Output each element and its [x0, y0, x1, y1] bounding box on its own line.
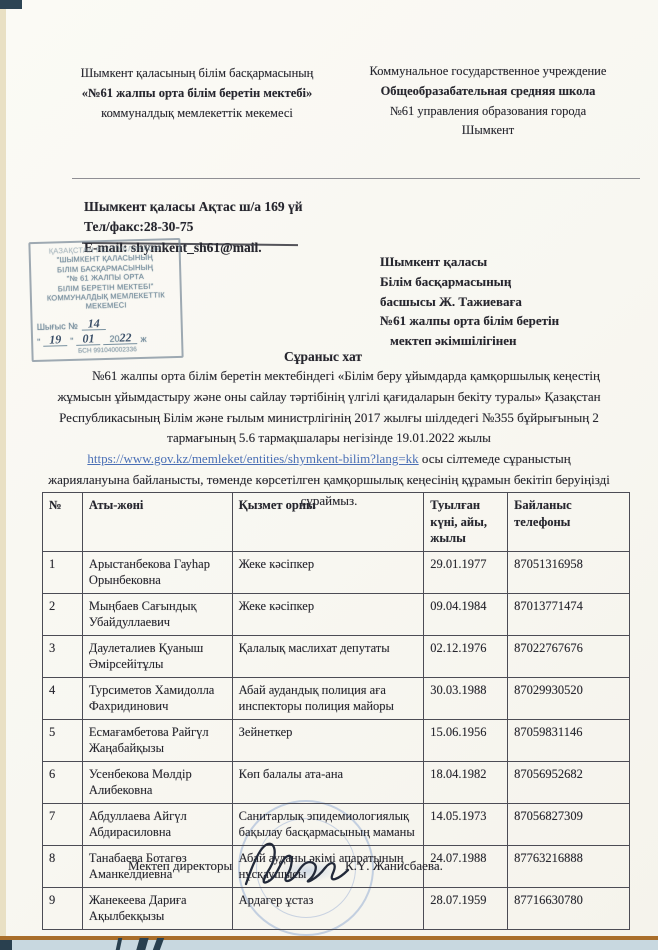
scanned-letter-photo: Шымкент қаласының білім басқармасының «№…: [0, 0, 658, 950]
table-cell: 87022767676: [508, 635, 630, 677]
table-cell: Турсиметов Хамидолла Фахридинович: [82, 677, 232, 719]
table-cell: 87056952682: [508, 761, 630, 803]
table-cell: Жеке кәсіпкер: [232, 551, 424, 593]
photo-corner-artifact: [0, 0, 22, 9]
table-cell: 87059831146: [508, 719, 630, 761]
table-row: 1Арыстанбекова Гауһар ОрынбековнаЖеке кә…: [43, 551, 630, 593]
col-header-occupation: Қызмет орны: [232, 493, 424, 552]
date-year-handwritten: 22: [119, 330, 131, 344]
table-cell: 9: [43, 887, 83, 929]
body-text-part1: №61 жалпы орта білім беретін мектебіндег…: [57, 368, 600, 445]
letterhead-line: Шымкент қаласының білім басқармасының: [58, 64, 336, 84]
table-cell: 3: [43, 635, 83, 677]
letterhead-line: Коммунальное государственное учреждение: [342, 62, 634, 82]
col-header-name: Аты-жөні: [82, 493, 232, 552]
table-cell: 87716630780: [508, 887, 630, 929]
table-cell: 14.05.1973: [424, 803, 508, 845]
table-cell: 87051316958: [508, 551, 630, 593]
sender-address: Шымкент қаласы Ақтас ш/а 169 үй: [84, 197, 303, 217]
table-cell: 28.07.1959: [424, 887, 508, 929]
recipient-line: мектеп әкімшілігінен: [390, 331, 559, 351]
table-cell: Арыстанбекова Гауһар Орынбековна: [82, 551, 232, 593]
letterhead-line: коммуналдық мемлекеттік мекемесі: [58, 104, 336, 124]
table-cell: Даулеталиев Қуаныш Әмірсейітұлы: [82, 635, 232, 677]
letterhead-russian: Коммунальное государственное учреждение …: [342, 62, 634, 141]
table-row: 2Мыңбаев Сағындық УбайдуллаевичЖеке кәсі…: [43, 593, 630, 635]
table-cell: 02.12.1976: [424, 635, 508, 677]
table-cell: 09.04.1984: [424, 593, 508, 635]
table-row: 5Есмағамбетова Райгүл ЖаңабайқызыЗейнетк…: [43, 719, 630, 761]
table-cell: Жеке кәсіпкер: [232, 593, 424, 635]
table-cell: 87056827309: [508, 803, 630, 845]
signature-label: Мектеп директоры: [128, 858, 232, 874]
date-suffix: ж: [140, 334, 146, 344]
table-cell: Есмағамбетова Райгүл Жаңабайқызы: [82, 719, 232, 761]
table-cell: Мыңбаев Сағындық Убайдуллаевич: [82, 593, 232, 635]
recipient-line: басшысы Ж. Тажиеваға: [380, 292, 559, 312]
date-day-handwritten: 19: [43, 333, 67, 347]
col-header-phone: Байланыс телефоны: [508, 493, 630, 552]
table-cell: Көп балалы ата-ана: [232, 761, 424, 803]
letterhead-kazakh: Шымкент қаласының білім басқармасының «№…: [58, 64, 336, 123]
table-cell: 18.04.1982: [424, 761, 508, 803]
table-cell: 6: [43, 761, 83, 803]
table-cell: 1: [43, 551, 83, 593]
date-quote: ": [70, 336, 73, 346]
table-cell: Жанекеева Дариға Ақылбекқызы: [82, 887, 232, 929]
backdrop-mark: [116, 938, 123, 950]
frame-bottom-edge: [0, 936, 658, 940]
table-cell: 4: [43, 677, 83, 719]
recipient-block: Шымкент қаласы Білім басқармасының басшы…: [380, 252, 559, 351]
table-cell: Абай аудандық полиция аға инспекторы пол…: [232, 677, 424, 719]
table-row: 3Даулеталиев Қуаныш ӘмірсейітұлыҚалалық …: [43, 635, 630, 677]
table-cell: Абдуллаева Айгүл Абдирасиловна: [82, 803, 232, 845]
table-cell: 87013771474: [508, 593, 630, 635]
date-quote: ": [37, 336, 40, 346]
letter-subject: Сұраныс хат: [40, 349, 606, 365]
date-month-handwritten: 01: [76, 332, 100, 346]
letterhead-line: Общеобразабательная средняя школа: [342, 82, 634, 102]
col-header-number: №: [43, 493, 83, 552]
outgoing-number-handwritten: 14: [82, 317, 106, 331]
backdrop-mark: [136, 938, 148, 950]
table-cell: 15.06.1956: [424, 719, 508, 761]
table-cell: 29.01.1977: [424, 551, 508, 593]
table-cell: 5: [43, 719, 83, 761]
director-signature-scribble: [240, 838, 352, 901]
table-cell: 87029930520: [508, 677, 630, 719]
table-row: 6Усенбекова Мөлдір АлибековнаКөп балалы …: [43, 761, 630, 803]
gov-portal-link[interactable]: https://www.gov.kz/memleket/entities/shy…: [87, 451, 418, 466]
letterhead-line: «№61 жалпы орта білім беретін мектебі»: [58, 84, 336, 104]
letterhead-line: Шымкент: [342, 121, 634, 141]
table-cell: 2: [43, 593, 83, 635]
recipient-line: №61 жалпы орта білім беретін: [380, 311, 559, 331]
sender-phone: Тел/факс:28-30-75: [84, 217, 303, 237]
table-cell: 87763216888: [508, 845, 630, 887]
signature-name: К.Ү. Жанисбаева.: [345, 858, 443, 874]
table-cell: Қалалық маслихат депутаты: [232, 635, 424, 677]
recipient-line: Шымкент қаласы: [380, 252, 559, 272]
table-cell: Усенбекова Мөлдір Алибековна: [82, 761, 232, 803]
letterhead-line: №61 управления образования города: [342, 102, 634, 122]
col-header-birthdate: Туылған күні, айы, жылы: [424, 493, 508, 552]
table-cell: 8: [43, 845, 83, 887]
letter-body: №61 жалпы орта білім беретін мектебіндег…: [46, 366, 612, 512]
letterhead-divider: [72, 178, 640, 179]
table-cell: Зейнеткер: [232, 719, 424, 761]
backdrop-mark: [0, 940, 12, 950]
table-cell: 30.03.1988: [424, 677, 508, 719]
table-cell: 7: [43, 803, 83, 845]
table-row: 4Турсиметов Хамидолла ФахридиновичАбай а…: [43, 677, 630, 719]
outgoing-number-label: Шығыс №: [37, 320, 78, 331]
recipient-line: Білім басқармасының: [380, 272, 559, 292]
table-header-row: № Аты-жөні Қызмет орны Туылған күні, айы…: [43, 493, 630, 552]
registry-stamp: ҚАЗАҚСТАН РЕСПУБЛИКАСЫ "ШЫМКЕНТ ҚАЛАСЫНЫ…: [28, 238, 183, 362]
